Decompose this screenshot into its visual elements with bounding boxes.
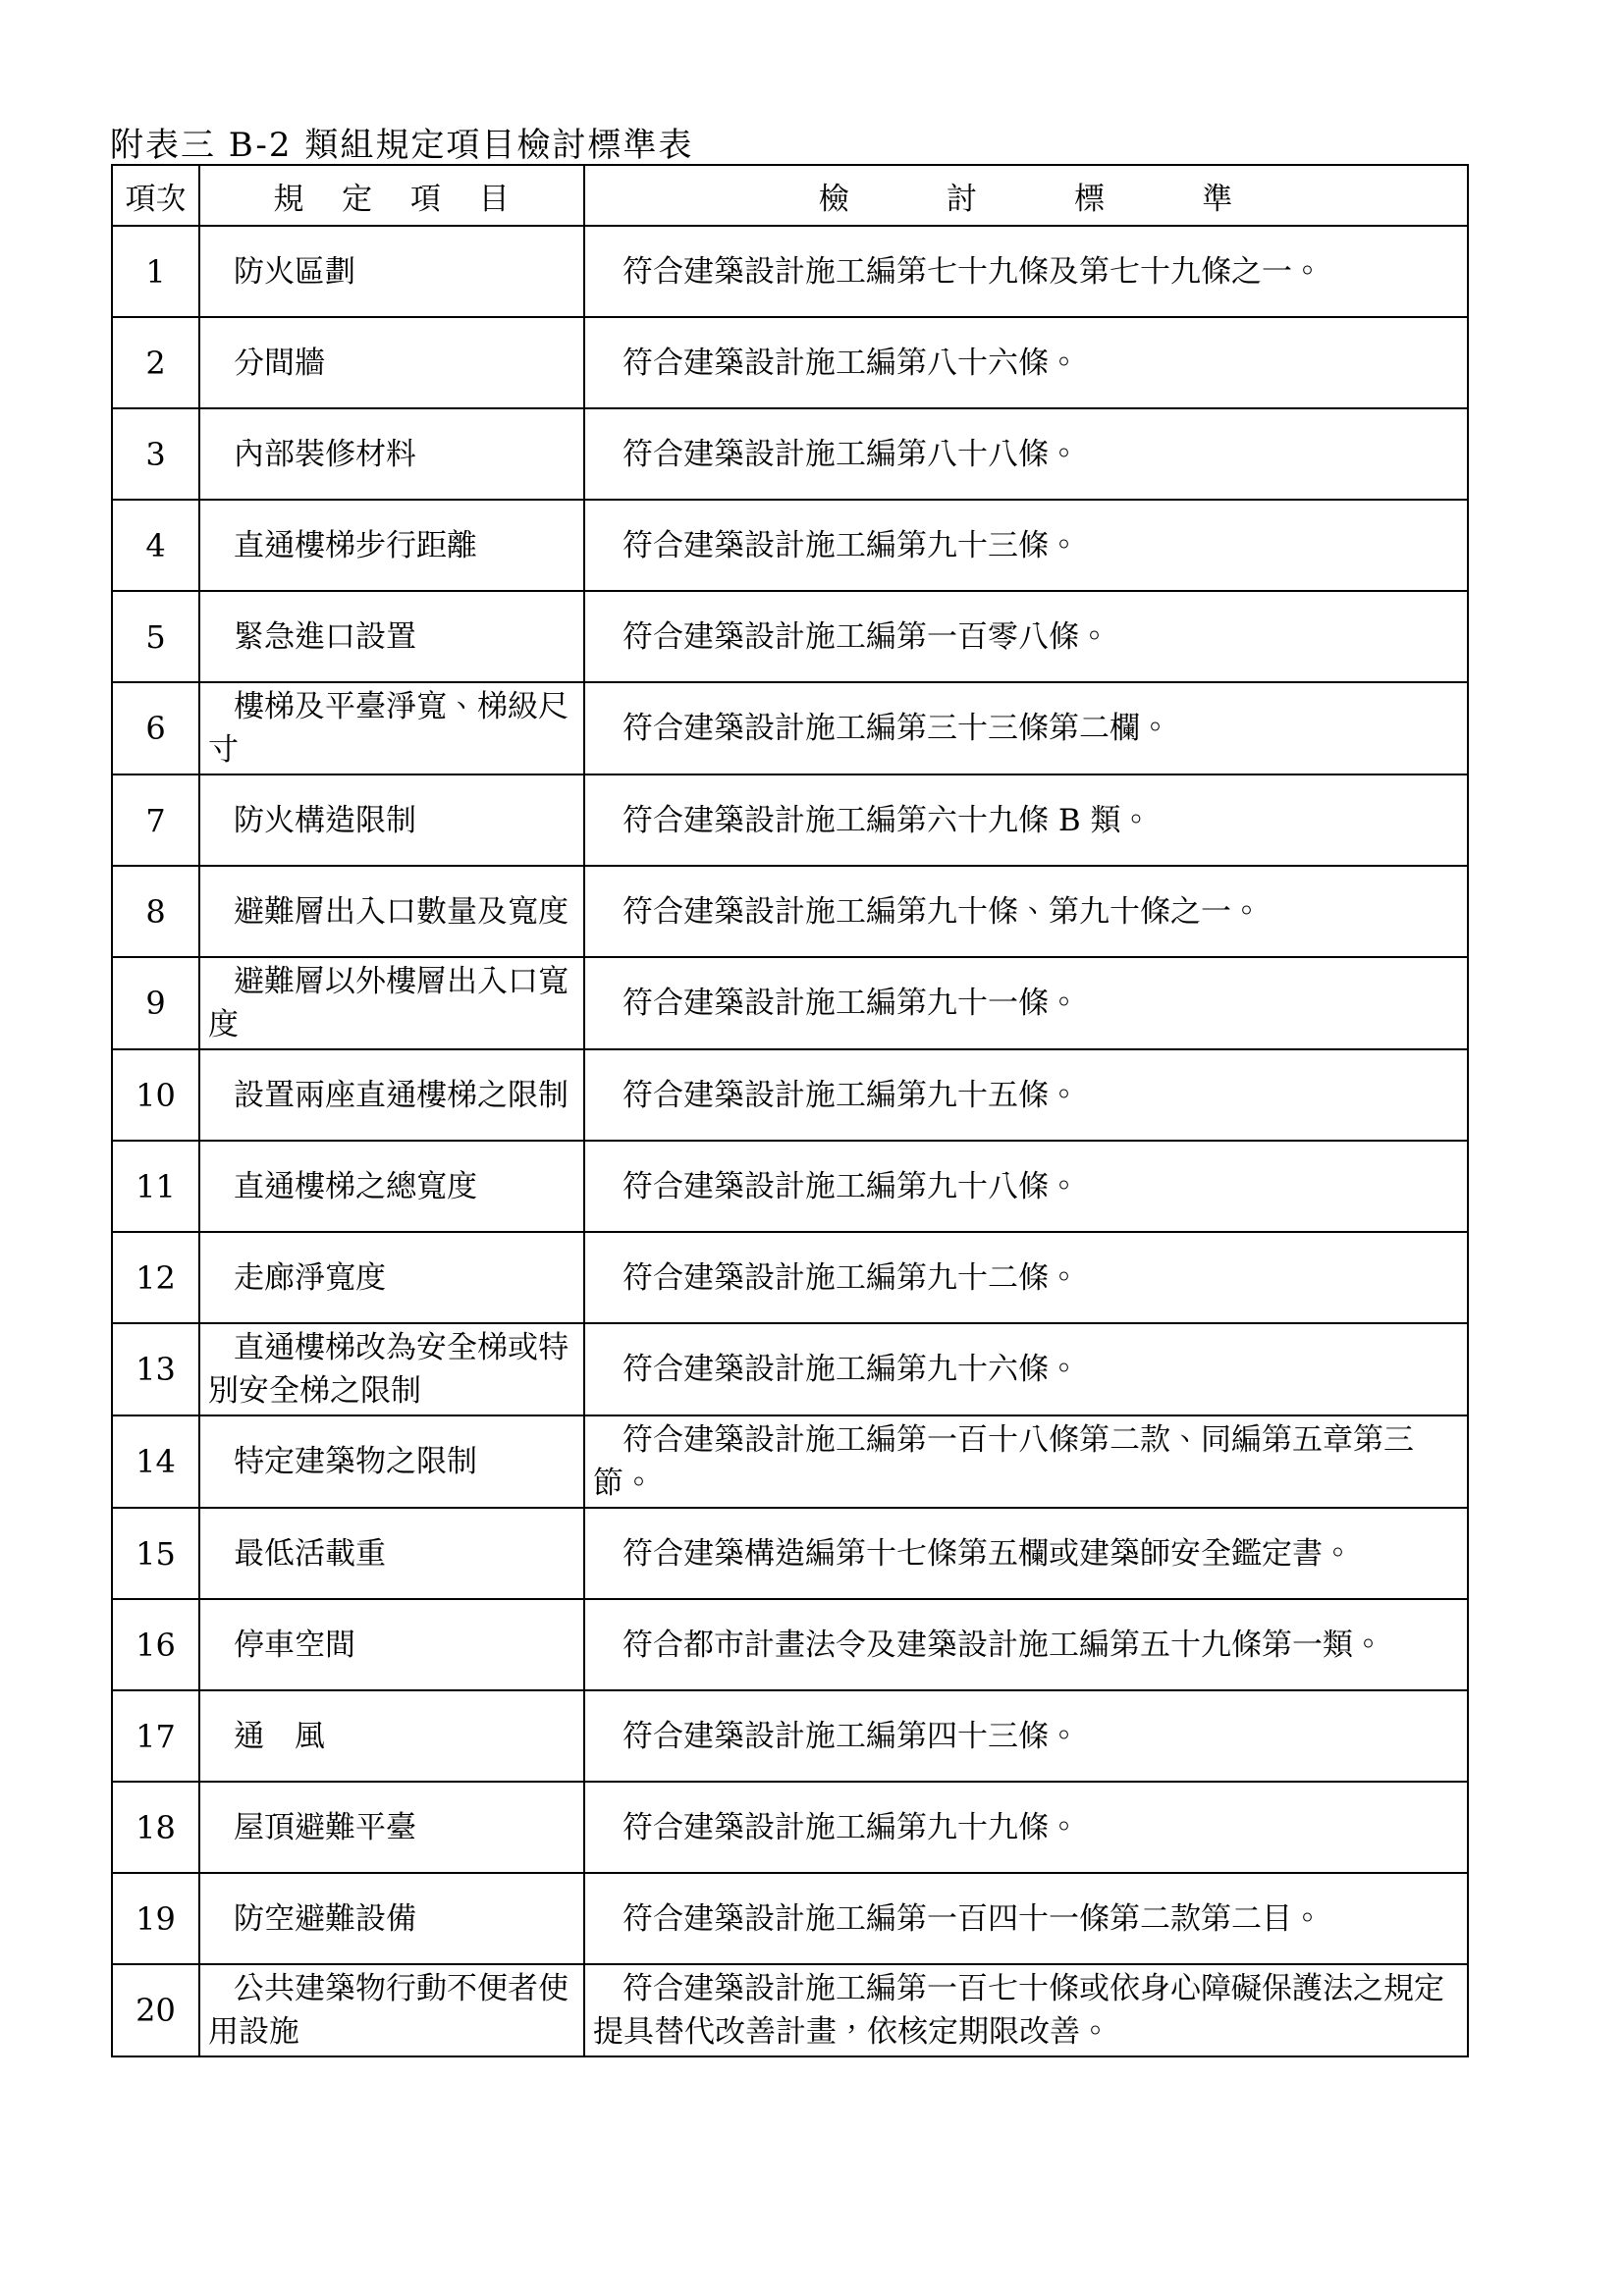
table-row: 7 防火構造限制 符合建築設計施工編第六十九條 B 類。 (112, 774, 1468, 866)
standard-cell: 符合建築設計施工編第七十九條及第七十九條之一。 (584, 226, 1468, 317)
item-cell: 走廊淨寬度 (199, 1232, 584, 1323)
table-row: 15 最低活載重 符合建築構造編第十七條第五欄或建築師安全鑑定書。 (112, 1508, 1468, 1599)
header-standard: 檢討標準 (584, 165, 1468, 226)
standard-cell: 符合建築設計施工編第九十九條。 (584, 1782, 1468, 1873)
standard-cell: 符合建築設計施工編第九十一條。 (584, 957, 1468, 1049)
table-row: 6 樓梯及平臺淨寬、梯級尺寸 符合建築設計施工編第三十三條第二欄。 (112, 682, 1468, 774)
item-cell: 直通樓梯之總寬度 (199, 1141, 584, 1232)
table-row: 4 直通樓梯步行距離 符合建築設計施工編第九十三條。 (112, 500, 1468, 591)
item-cell: 緊急進口設置 (199, 591, 584, 682)
table-row: 3 內部裝修材料 符合建築設計施工編第八十八條。 (112, 408, 1468, 500)
row-index-cell: 17 (112, 1690, 199, 1782)
standard-cell: 符合建築設計施工編第一百十八條第二款、同編第五章第三節。 (584, 1415, 1468, 1508)
item-cell: 直通樓梯步行距離 (199, 500, 584, 591)
item-cell: 樓梯及平臺淨寬、梯級尺寸 (199, 682, 584, 774)
table-row: 17 通 風 符合建築設計施工編第四十三條。 (112, 1690, 1468, 1782)
row-index-cell: 3 (112, 408, 199, 500)
standard-cell: 符合建築設計施工編第八十八條。 (584, 408, 1468, 500)
item-cell: 公共建築物行動不便者使用設施 (199, 1964, 584, 2056)
table-row: 10 設置兩座直通樓梯之限制 符合建築設計施工編第九十五條。 (112, 1049, 1468, 1141)
item-cell: 分間牆 (199, 317, 584, 408)
row-index-cell: 2 (112, 317, 199, 408)
item-cell: 最低活載重 (199, 1508, 584, 1599)
standard-cell: 符合建築設計施工編第六十九條 B 類。 (584, 774, 1468, 866)
table-row: 5 緊急進口設置 符合建築設計施工編第一百零八條。 (112, 591, 1468, 682)
row-index-cell: 14 (112, 1415, 199, 1508)
table-row: 12 走廊淨寬度 符合建築設計施工編第九十二條。 (112, 1232, 1468, 1323)
header-index: 項次 (112, 165, 199, 226)
item-cell: 防火區劃 (199, 226, 584, 317)
item-cell: 直通樓梯改為安全梯或特別安全梯之限制 (199, 1323, 584, 1415)
standard-cell: 符合建築設計施工編第九十六條。 (584, 1323, 1468, 1415)
row-index-cell: 16 (112, 1599, 199, 1690)
item-cell: 防空避難設備 (199, 1873, 584, 1964)
row-index-cell: 13 (112, 1323, 199, 1415)
row-index-cell: 7 (112, 774, 199, 866)
row-index-cell: 12 (112, 1232, 199, 1323)
row-index-cell: 20 (112, 1964, 199, 2056)
item-cell: 避難層出入口數量及寬度 (199, 866, 584, 957)
row-index-cell: 11 (112, 1141, 199, 1232)
header-item: 規定項目 (199, 165, 584, 226)
item-cell: 避難層以外樓層出入口寬度 (199, 957, 584, 1049)
standard-cell: 符合建築設計施工編第九十條、第九十條之一。 (584, 866, 1468, 957)
row-index-cell: 5 (112, 591, 199, 682)
row-index-cell: 15 (112, 1508, 199, 1599)
table-row: 18 屋頂避難平臺 符合建築設計施工編第九十九條。 (112, 1782, 1468, 1873)
table-row: 14 特定建築物之限制 符合建築設計施工編第一百十八條第二款、同編第五章第三節。 (112, 1415, 1468, 1508)
document-title: 附表三 B-2 類組規定項目檢討標準表 (110, 118, 693, 166)
item-cell: 停車空間 (199, 1599, 584, 1690)
table-row: 13 直通樓梯改為安全梯或特別安全梯之限制 符合建築設計施工編第九十六條。 (112, 1323, 1468, 1415)
table-row: 8 避難層出入口數量及寬度 符合建築設計施工編第九十條、第九十條之一。 (112, 866, 1468, 957)
standard-cell: 符合建築構造編第十七條第五欄或建築師安全鑑定書。 (584, 1508, 1468, 1599)
standard-cell: 符合建築設計施工編第一百零八條。 (584, 591, 1468, 682)
standard-cell: 符合建築設計施工編第八十六條。 (584, 317, 1468, 408)
row-index-cell: 18 (112, 1782, 199, 1873)
table-row: 2 分間牆 符合建築設計施工編第八十六條。 (112, 317, 1468, 408)
table-row: 11 直通樓梯之總寬度 符合建築設計施工編第九十八條。 (112, 1141, 1468, 1232)
table-row: 19 防空避難設備 符合建築設計施工編第一百四十一條第二款第二目。 (112, 1873, 1468, 1964)
table-header-row: 項次 規定項目 檢討標準 (112, 165, 1468, 226)
document-page: 附表三 B-2 類組規定項目檢討標準表 項次 規定項目 檢討標準 1 防火區劃 … (0, 0, 1624, 2296)
review-standards-table: 項次 規定項目 檢討標準 1 防火區劃 符合建築設計施工編第七十九條及第七十九條… (111, 164, 1469, 2057)
standard-cell: 符合建築設計施工編第九十五條。 (584, 1049, 1468, 1141)
standard-cell: 符合建築設計施工編第九十三條。 (584, 500, 1468, 591)
row-index-cell: 4 (112, 500, 199, 591)
item-cell: 通 風 (199, 1690, 584, 1782)
standard-cell: 符合建築設計施工編第一百四十一條第二款第二目。 (584, 1873, 1468, 1964)
table-row: 9 避難層以外樓層出入口寬度 符合建築設計施工編第九十一條。 (112, 957, 1468, 1049)
item-cell: 屋頂避難平臺 (199, 1782, 584, 1873)
table-row: 1 防火區劃 符合建築設計施工編第七十九條及第七十九條之一。 (112, 226, 1468, 317)
row-index-cell: 1 (112, 226, 199, 317)
item-cell: 特定建築物之限制 (199, 1415, 584, 1508)
table-row: 20 公共建築物行動不便者使用設施 符合建築設計施工編第一百七十條或依身心障礙保… (112, 1964, 1468, 2056)
item-cell: 內部裝修材料 (199, 408, 584, 500)
standard-cell: 符合都市計畫法令及建築設計施工編第五十九條第一類。 (584, 1599, 1468, 1690)
item-cell: 防火構造限制 (199, 774, 584, 866)
standard-cell: 符合建築設計施工編第九十二條。 (584, 1232, 1468, 1323)
row-index-cell: 6 (112, 682, 199, 774)
row-index-cell: 8 (112, 866, 199, 957)
item-cell: 設置兩座直通樓梯之限制 (199, 1049, 584, 1141)
row-index-cell: 10 (112, 1049, 199, 1141)
standard-cell: 符合建築設計施工編第九十八條。 (584, 1141, 1468, 1232)
row-index-cell: 9 (112, 957, 199, 1049)
table-row: 16 停車空間 符合都市計畫法令及建築設計施工編第五十九條第一類。 (112, 1599, 1468, 1690)
standard-cell: 符合建築設計施工編第四十三條。 (584, 1690, 1468, 1782)
standard-cell: 符合建築設計施工編第三十三條第二欄。 (584, 682, 1468, 774)
standard-cell: 符合建築設計施工編第一百七十條或依身心障礙保護法之規定提具替代改善計畫，依核定期… (584, 1964, 1468, 2056)
row-index-cell: 19 (112, 1873, 199, 1964)
